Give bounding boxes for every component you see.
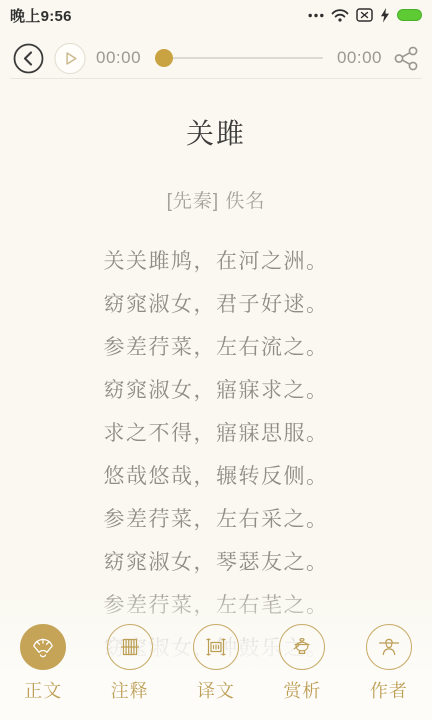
bottom-tab-bar: 正文 注释 译文 <box>0 580 432 720</box>
tab-author[interactable]: 作者 <box>346 624 432 703</box>
poem-line: 窈窕淑女，琴瑟友之。 <box>0 541 432 584</box>
status-time: 晚上9:56 <box>10 5 72 26</box>
charging-bolt-icon <box>380 8 390 23</box>
more-dots-icon <box>308 13 324 18</box>
progress-slider[interactable] <box>155 48 323 68</box>
tab-annotations[interactable]: 注释 <box>86 624 172 703</box>
poem-line: 参差荇菜，左右流之。 <box>0 326 432 369</box>
status-bar: 晚上9:56 <box>0 0 432 28</box>
back-button[interactable] <box>12 42 44 74</box>
sim-missing-icon <box>356 8 373 22</box>
tab-label: 注释 <box>111 677 149 703</box>
poem-author: [先秦] 佚名 <box>0 186 432 213</box>
tab-label: 作者 <box>370 677 408 703</box>
poem-line: 参差荇菜，左右采之。 <box>0 498 432 541</box>
poem-line: 关关雎鸠，在河之洲。 <box>0 240 432 283</box>
total-time: 00:00 <box>337 48 382 68</box>
vessel-icon <box>279 624 325 670</box>
share-button[interactable] <box>392 44 420 72</box>
author-figure-icon <box>366 624 412 670</box>
tab-label: 正文 <box>24 677 62 703</box>
slider-thumb[interactable] <box>155 49 173 67</box>
share-icon <box>393 46 420 71</box>
slider-track <box>163 57 323 59</box>
tab-label: 赏析 <box>283 677 321 703</box>
tab-main-text[interactable]: 正文 <box>0 624 86 703</box>
tab-translation[interactable]: 译文 <box>173 624 259 703</box>
audio-player-bar: 00:00 00:00 <box>0 36 432 80</box>
tab-label: 译文 <box>197 677 235 703</box>
tab-appreciation[interactable]: 赏析 <box>259 624 345 703</box>
open-scroll-icon <box>193 624 239 670</box>
play-button[interactable] <box>54 42 86 74</box>
header-divider <box>10 78 422 79</box>
poem-line: 窈窕淑女，寤寐求之。 <box>0 369 432 412</box>
chevron-left-icon <box>13 43 44 74</box>
poem-line: 求之不得，寤寐思服。 <box>0 412 432 455</box>
current-time: 00:00 <box>96 48 141 68</box>
poem-title: 关雎 <box>0 112 432 152</box>
status-icons <box>308 8 422 23</box>
poem-line: 窈窕淑女，君子好逑。 <box>0 283 432 326</box>
app-screen: 晚上9:56 <box>0 0 432 720</box>
battery-icon <box>397 9 422 21</box>
wifi-icon <box>331 8 349 22</box>
bamboo-scroll-icon <box>107 624 153 670</box>
poem-line: 悠哉悠哉，辗转反侧。 <box>0 455 432 498</box>
play-icon <box>54 42 86 75</box>
fan-icon <box>20 624 66 670</box>
